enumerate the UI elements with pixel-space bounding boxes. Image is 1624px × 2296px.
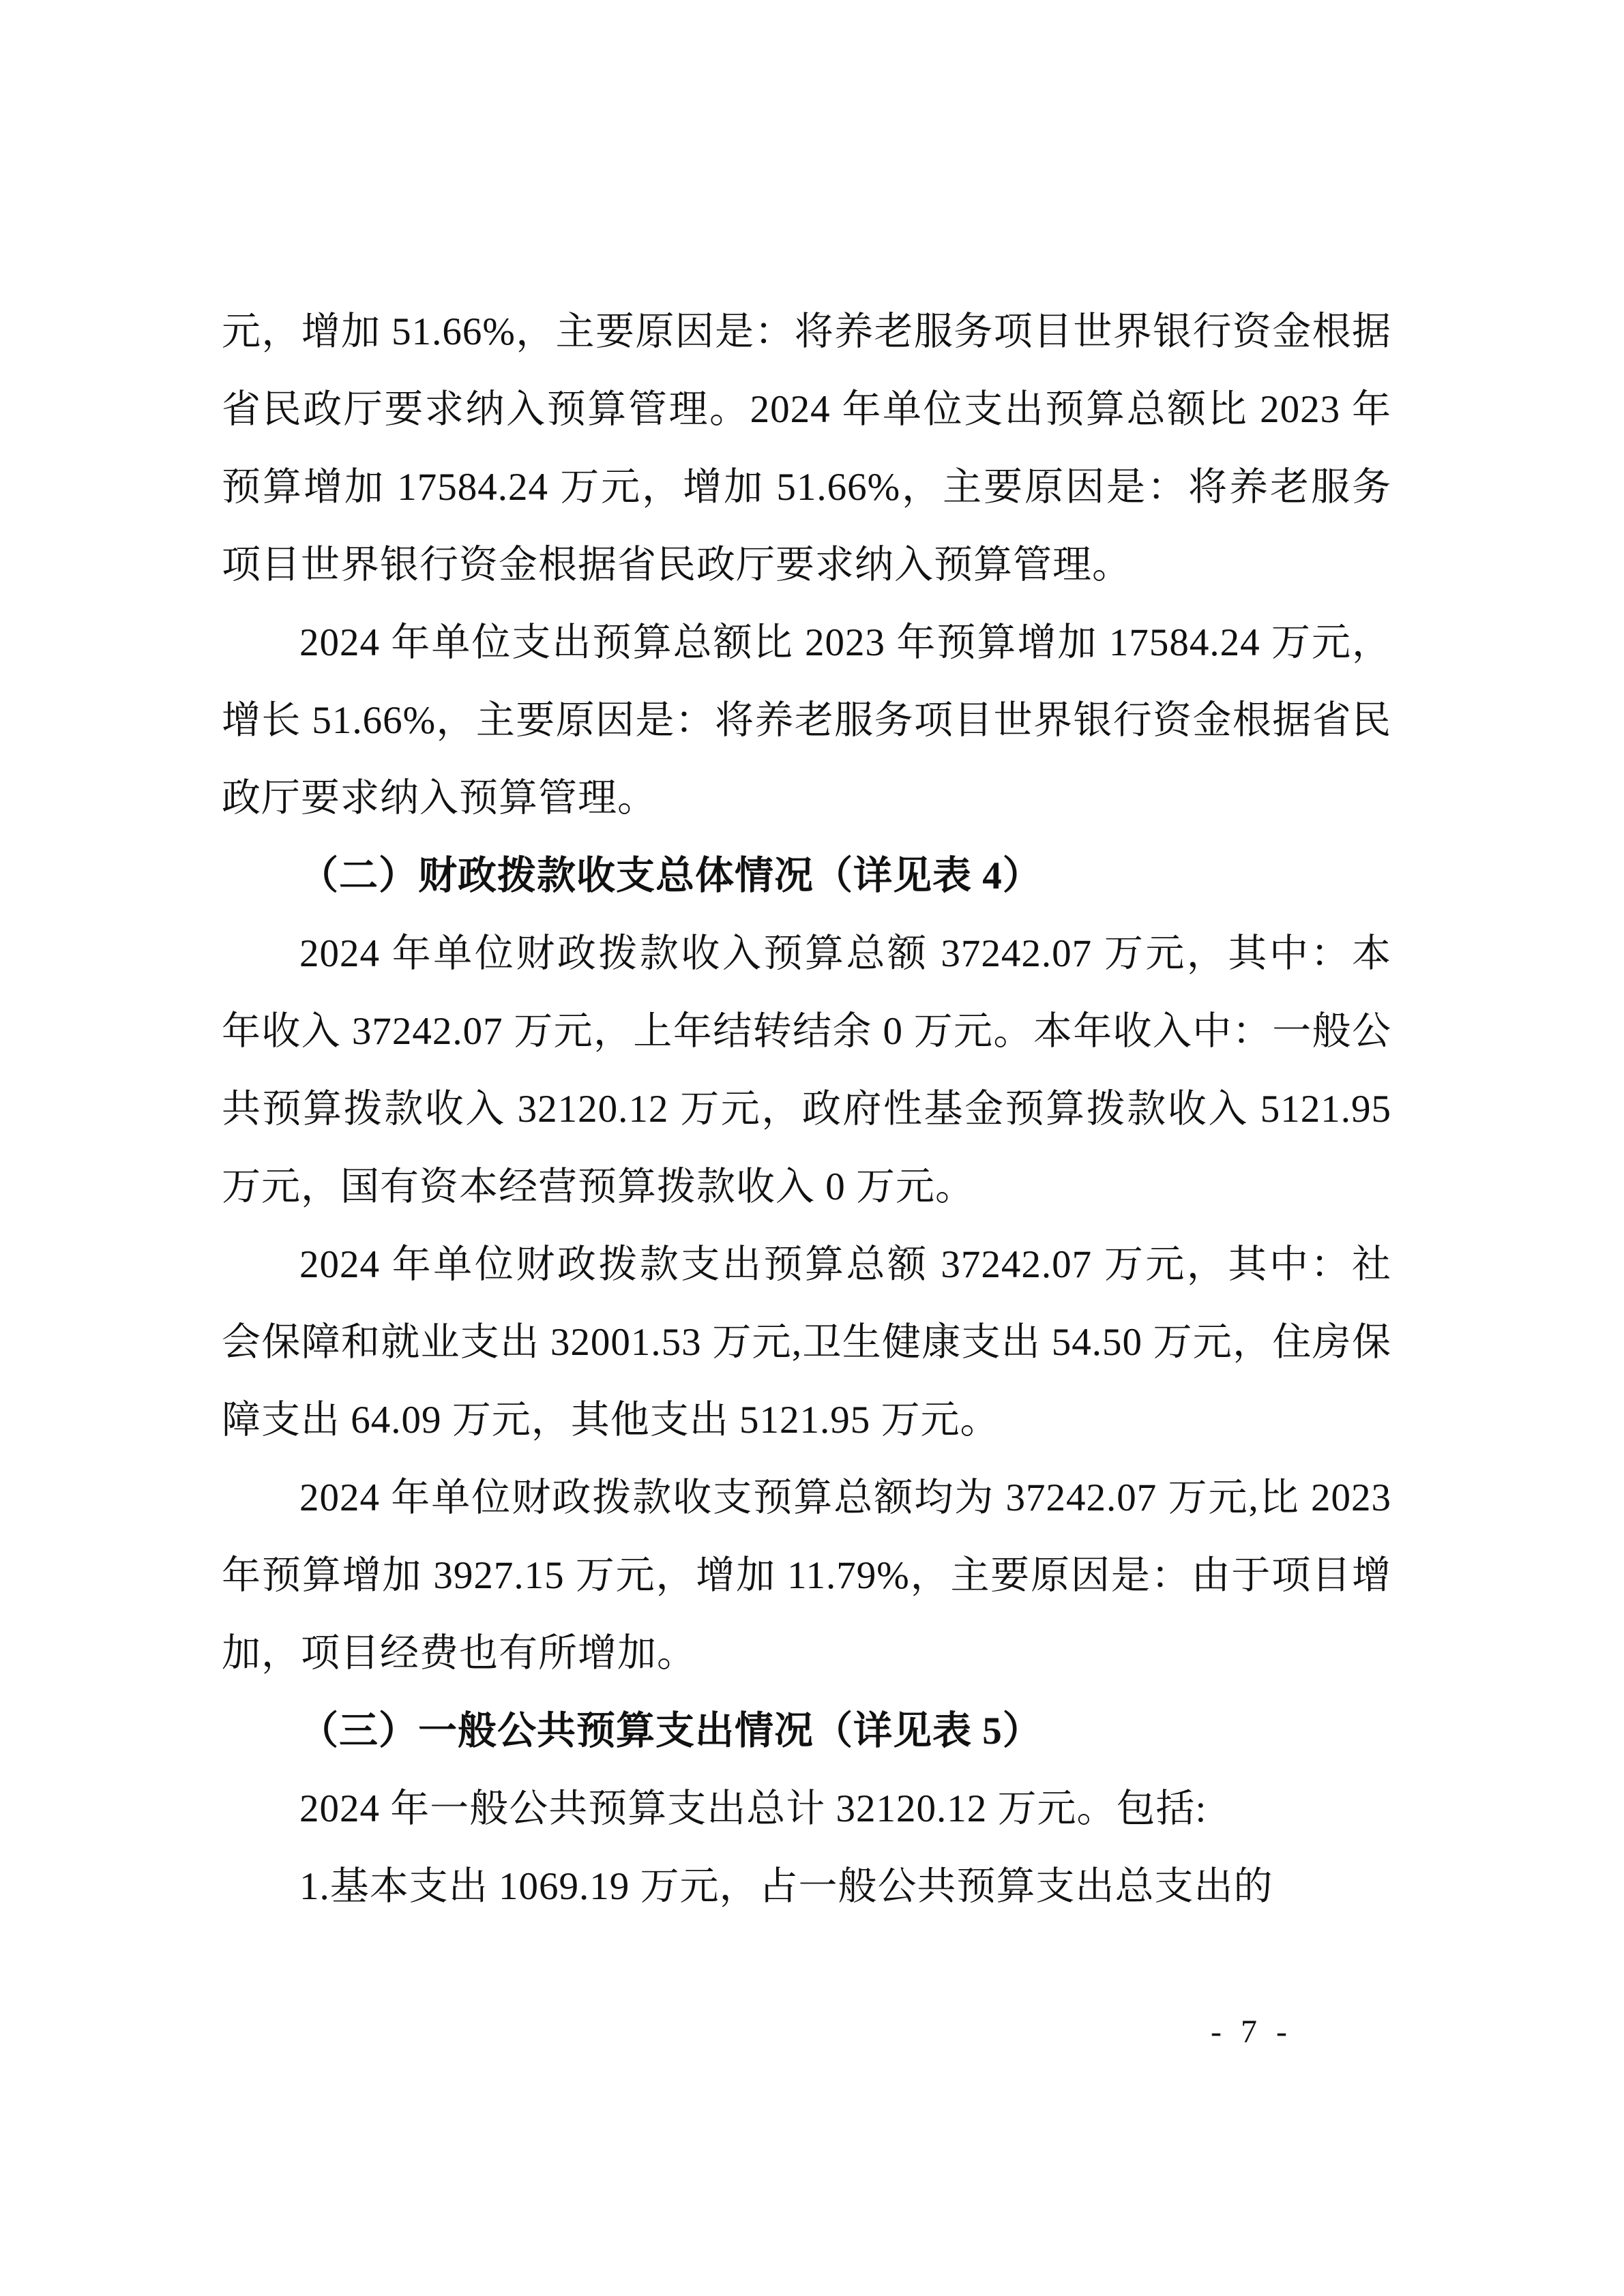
section-heading-2: （二）财政拨款收支总体情况（详见表 4） [222, 837, 1391, 915]
paragraph: 2024 年单位财政拨款支出预算总额 37242.07 万元，其中：社会保障和就… [222, 1226, 1391, 1459]
paragraph-continuation: 元，增加 51.66%，主要原因是：将养老服务项目世界银行资金根据省民政厅要求纳… [222, 293, 1391, 604]
body-text: 元，增加 51.66%，主要原因是：将养老服务项目世界银行资金根据省民政厅要求纳… [222, 293, 1391, 1926]
page-number: - 7 - [1180, 2013, 1323, 2051]
paragraph: 2024 年单位支出预算总额比 2023 年预算增加 17584.24 万元，增… [222, 604, 1391, 837]
section-heading-3: （三）一般公共预算支出情况（详见表 5） [222, 1693, 1391, 1770]
paragraph: 2024 年一般公共预算支出总计 32120.12 万元。包括: [222, 1770, 1391, 1848]
paragraph: 2024 年单位财政拨款收支预算总额均为 37242.07 万元,比 2023 … [222, 1459, 1391, 1693]
document-page: 元，增加 51.66%，主要原因是：将养老服务项目世界银行资金根据省民政厅要求纳… [0, 0, 1624, 2296]
paragraph: 2024 年单位财政拨款收入预算总额 37242.07 万元，其中：本年收入 3… [222, 915, 1391, 1226]
paragraph: 1.基本支出 1069.19 万元，占一般公共预算支出总支出的 [222, 1848, 1391, 1926]
